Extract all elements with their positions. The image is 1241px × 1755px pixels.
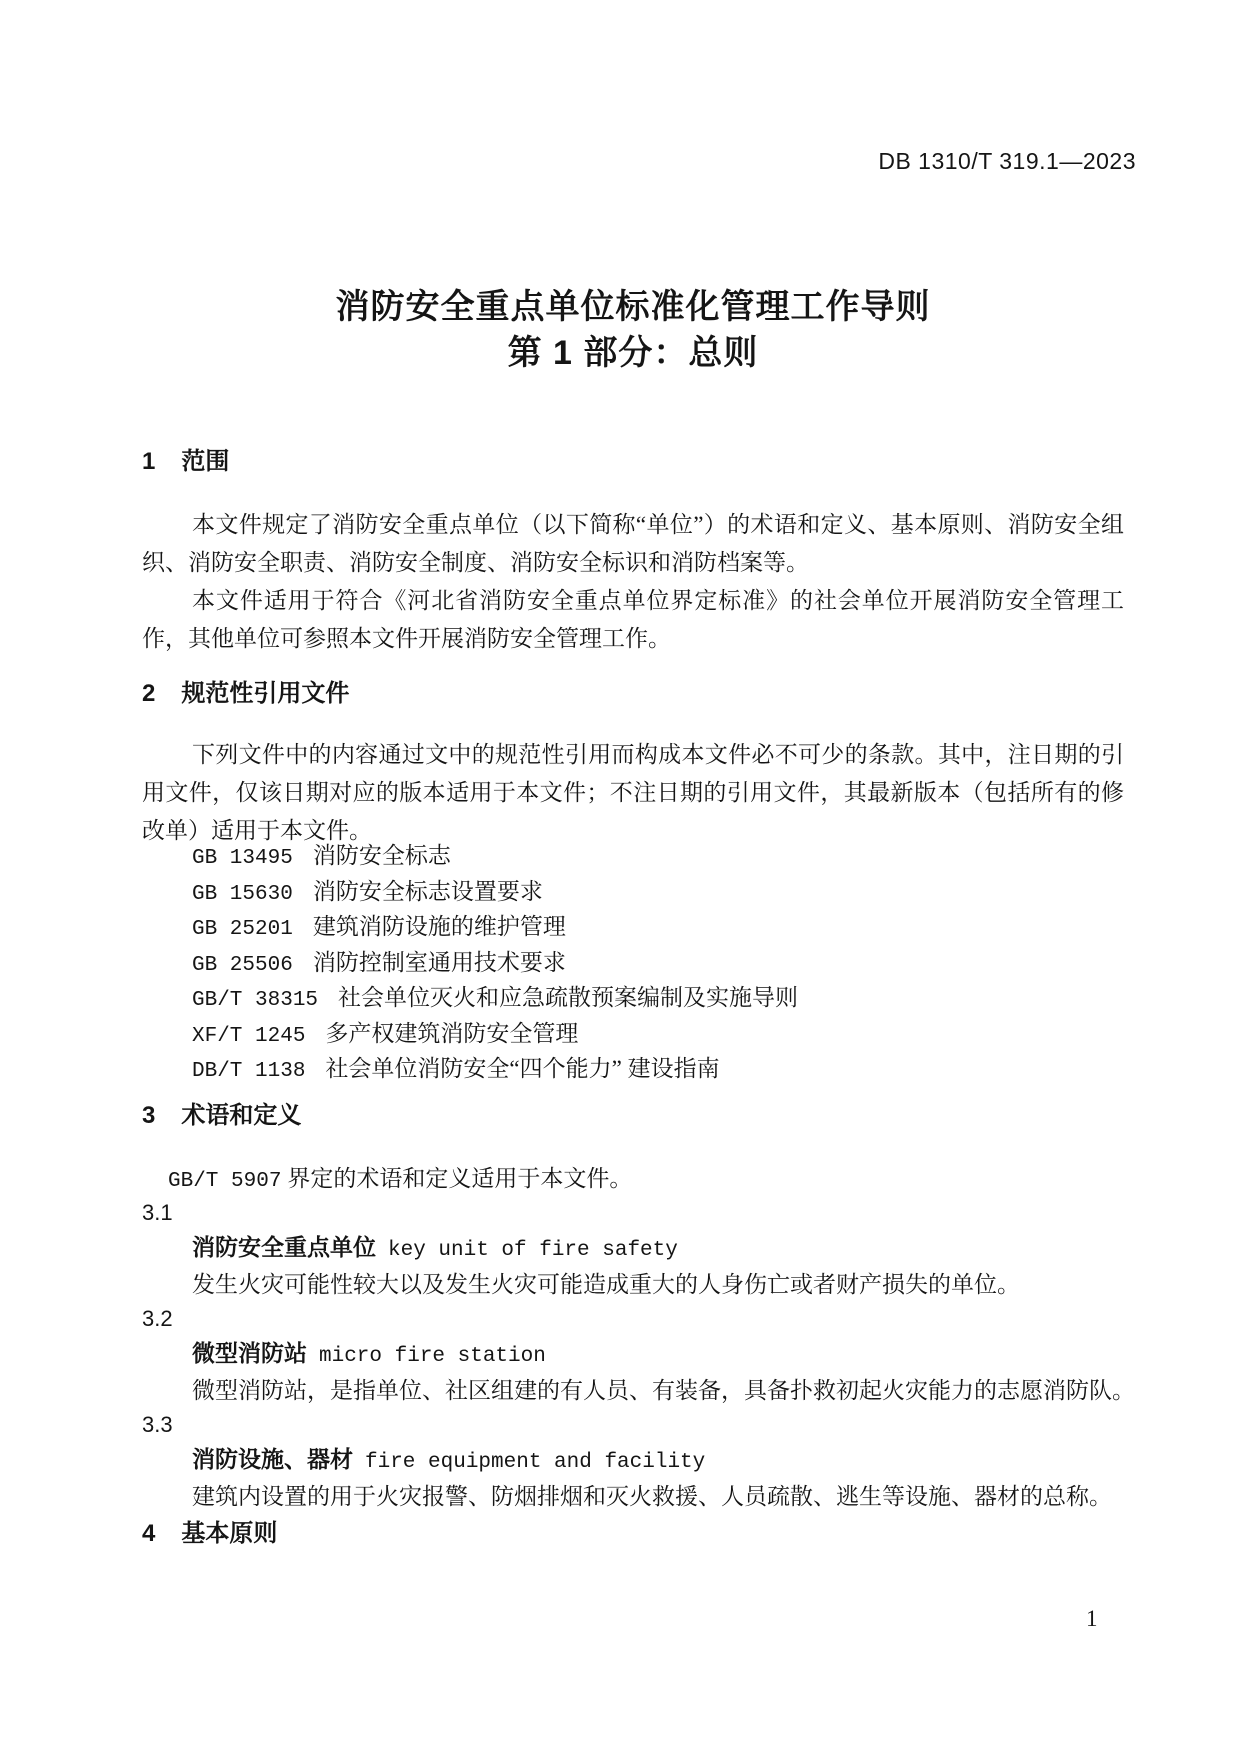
reference-item: GB 25201建筑消防设施的维护管理	[142, 911, 1162, 947]
reference-code: GB 15630	[192, 883, 293, 906]
reference-code: GB 25506	[192, 954, 293, 977]
document-title: 消防安全重点单位标准化管理工作导则 第 1 部分：总则	[142, 284, 1124, 376]
paragraph: 本文件规定了消防安全重点单位（以下简称“单位”）的术语和定义、基本原则、消防安全…	[142, 506, 1124, 582]
paragraph: 本文件适用于符合《河北省消防安全重点单位界定标准》的社会单位开展消防安全管理工作…	[142, 582, 1124, 658]
section-3-number: 3	[142, 1102, 155, 1130]
section-3-title: 术语和定义	[181, 1102, 301, 1129]
reference-title: 社会单位消防安全“四个能力” 建设指南	[325, 1056, 719, 1081]
reference-item: GB 13495消防安全标志	[142, 840, 1162, 876]
section-1-heading: 1范围	[142, 448, 229, 476]
reference-title: 消防安全标志设置要求	[313, 879, 543, 904]
terms-intro: GB/T 5907界定的术语和定义适用于本文件。	[142, 1162, 1124, 1199]
section-1-title: 范围	[181, 448, 229, 475]
term-definition: 建筑内设置的用于火灾报警、防烟排烟和灭火救援、人员疏散、逃生等设施、器材的总称。	[142, 1480, 1162, 1514]
reference-title: 消防控制室通用技术要求	[313, 950, 566, 975]
term-name-en: micro fire station	[319, 1345, 546, 1368]
reference-item: GB/T 38315社会单位灭火和应急疏散预案编制及实施导则	[142, 982, 1162, 1018]
section-2-title: 规范性引用文件	[181, 680, 349, 707]
terms-intro-code: GB/T 5907	[168, 1170, 281, 1193]
reference-code: DB/T 1138	[192, 1060, 305, 1083]
reference-title: 多产权建筑消防安全管理	[325, 1021, 578, 1046]
document-title-line2: 第 1 部分：总则	[142, 330, 1124, 376]
reference-title: 社会单位灭火和应急疏散预案编制及实施导则	[338, 985, 798, 1010]
term-name: 微型消防站micro fire station	[142, 1336, 1162, 1374]
term-clause-number: 3.1	[142, 1196, 1162, 1230]
reference-item: XF/T 1245多产权建筑消防安全管理	[142, 1018, 1162, 1054]
paragraph: 下列文件中的内容通过文中的规范性引用而构成本文件必不可少的条款。其中，注日期的引…	[142, 736, 1124, 850]
term-definition: 微型消防站，是指单位、社区组建的有人员、有装备，具备扑救初起火灾能力的志愿消防队…	[142, 1374, 1162, 1408]
term-name-en: key unit of fire safety	[388, 1239, 678, 1262]
term-name-en: fire equipment and facility	[365, 1451, 705, 1474]
page-number: 1	[1086, 1606, 1098, 1632]
section-2-heading: 2规范性引用文件	[142, 680, 349, 708]
section-4-number: 4	[142, 1520, 155, 1548]
terms-intro-text: 界定的术语和定义适用于本文件。	[287, 1166, 632, 1191]
reference-code: GB 25201	[192, 918, 293, 941]
reference-item: GB 25506消防控制室通用技术要求	[142, 947, 1162, 983]
term-name-zh: 消防设施、器材	[192, 1446, 353, 1472]
document-number: DB 1310/T 319.1—2023	[878, 148, 1136, 175]
document-title-line1: 消防安全重点单位标准化管理工作导则	[142, 284, 1124, 330]
reference-code: XF/T 1245	[192, 1025, 305, 1048]
reference-code: GB/T 38315	[192, 989, 318, 1012]
section-1-number: 1	[142, 448, 155, 476]
reference-item: GB 15630消防安全标志设置要求	[142, 876, 1162, 912]
section-2-body: 下列文件中的内容通过文中的规范性引用而构成本文件必不可少的条款。其中，注日期的引…	[142, 736, 1124, 850]
term-name-zh: 消防安全重点单位	[192, 1234, 376, 1260]
section-2-number: 2	[142, 680, 155, 708]
term-clause-number: 3.2	[142, 1302, 1162, 1336]
section-1-body: 本文件规定了消防安全重点单位（以下简称“单位”）的术语和定义、基本原则、消防安全…	[142, 506, 1124, 658]
term-definition: 发生火灾可能性较大以及发生火灾可能造成重大的人身伤亡或者财产损失的单位。	[142, 1268, 1162, 1302]
reference-item: DB/T 1138社会单位消防安全“四个能力” 建设指南	[142, 1053, 1162, 1089]
term-clause-number: 3.3	[142, 1408, 1162, 1442]
terms-and-definitions: 3.1 消防安全重点单位key unit of fire safety 发生火灾…	[142, 1196, 1162, 1514]
normative-references-list: GB 13495消防安全标志 GB 15630消防安全标志设置要求 GB 252…	[142, 840, 1162, 1089]
reference-title: 消防安全标志	[313, 843, 451, 868]
term-name: 消防设施、器材fire equipment and facility	[142, 1442, 1162, 1480]
standard-document-page: DB 1310/T 319.1—2023 消防安全重点单位标准化管理工作导则 第…	[0, 0, 1241, 1755]
term-name-zh: 微型消防站	[192, 1340, 307, 1366]
reference-title: 建筑消防设施的维护管理	[313, 914, 566, 939]
section-4-title: 基本原则	[181, 1520, 277, 1547]
section-4-heading: 4基本原则	[142, 1520, 277, 1548]
reference-code: GB 13495	[192, 847, 293, 870]
term-name: 消防安全重点单位key unit of fire safety	[142, 1230, 1162, 1268]
section-3-heading: 3术语和定义	[142, 1102, 301, 1130]
